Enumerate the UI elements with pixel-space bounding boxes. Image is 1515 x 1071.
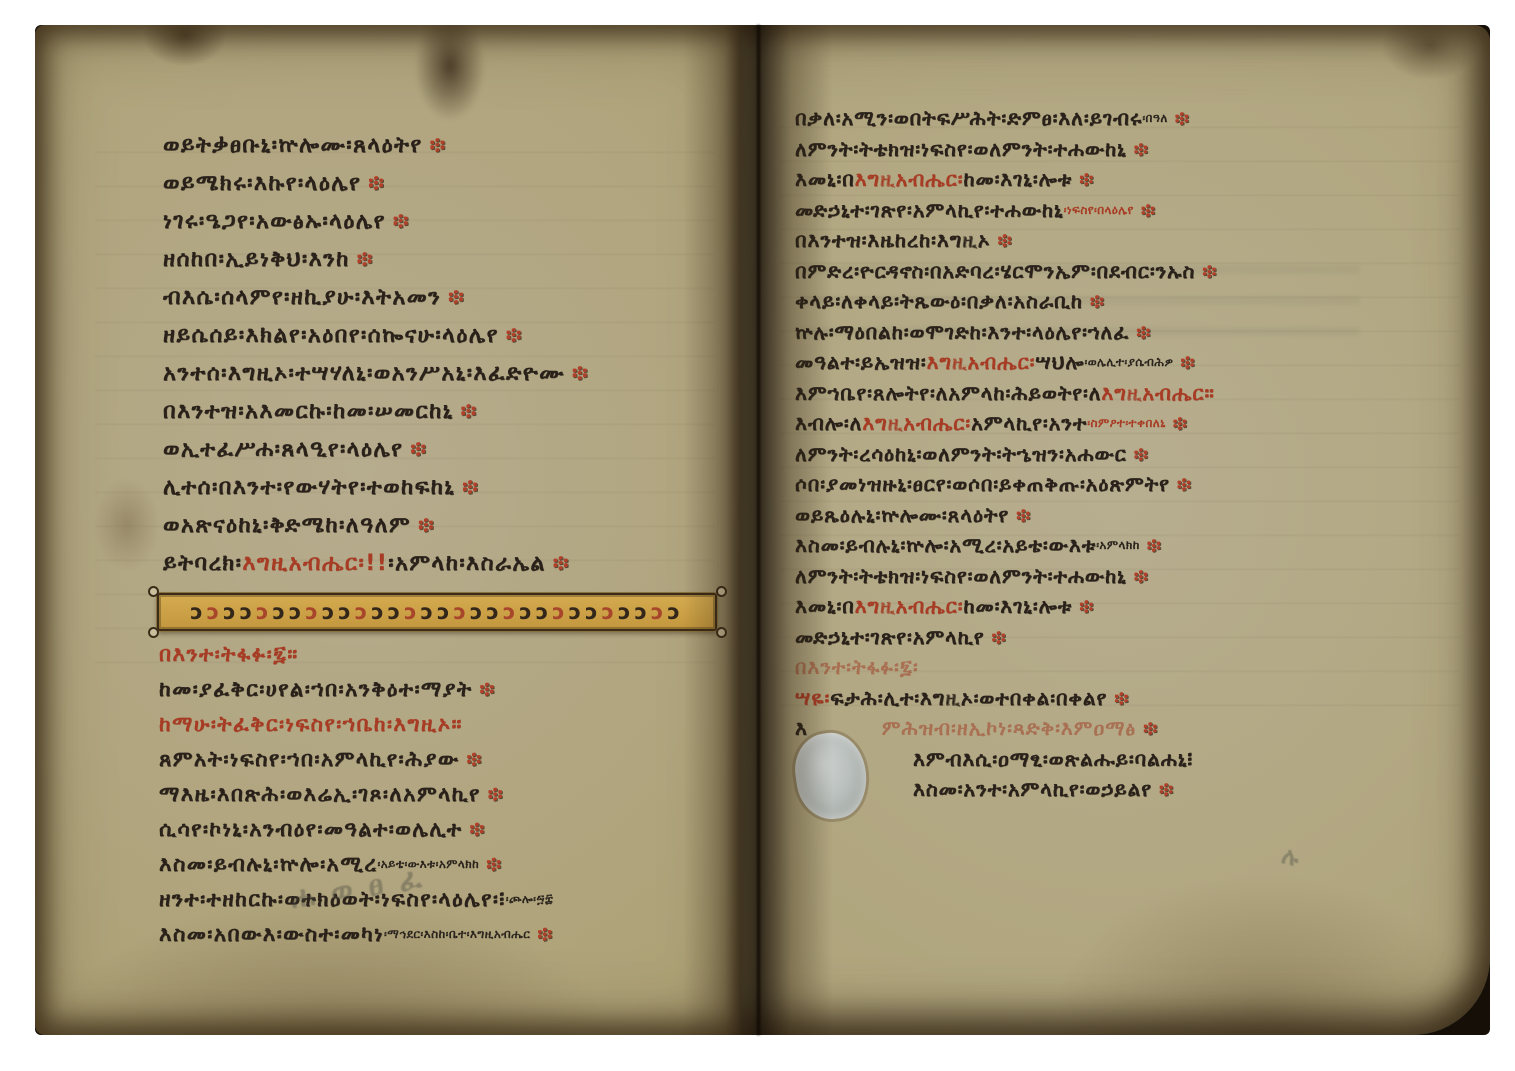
paragraph-mark-icon: ፨ xyxy=(1072,594,1094,618)
geez-text-segment: ሣዬ፡ xyxy=(795,686,830,710)
text-line: ጸምአት፡ነፍስየ፡ኀበ፡አምላኪየ፡ሕያው፨ xyxy=(159,742,740,777)
band-hook-glyph: ɔ xyxy=(240,600,256,624)
band-hook-glyph: ɔ xyxy=(421,600,437,624)
paragraph-mark-icon: ፨ xyxy=(1173,350,1195,374)
geez-text-segment: ይትባረክ፡ xyxy=(163,551,242,576)
band-hook-glyph: ɔ xyxy=(404,600,420,624)
band-hook-glyph: ɔ xyxy=(585,600,601,624)
band-hook-glyph: ɔ xyxy=(371,600,387,624)
geez-text-segment: እግዚአብሔር። xyxy=(1101,381,1214,405)
geez-text-segment: እ xyxy=(795,716,808,740)
text-line: በእንተዝ፡አእመርኩ፡ከመ፡ሠመርከኒ፨ xyxy=(163,393,740,431)
geez-text-segment: እምብእሲ፡ዐማፂ፡ወጽልሑይ፡ባልሐኒ፧ xyxy=(913,747,1193,771)
paragraph-mark-icon: ፨ xyxy=(1009,503,1031,527)
text-line: ሊተሰ፡በእንተ፡የውሃትየ፡ተወከፍከኒ፨ xyxy=(163,469,740,507)
book: ወይትቃፀቡኒ፡ኵሎሙ፡ጸላዕትየ፨ወይሜክሩ፡እኩየ፡ላዕሌየ፨ነገሩ፡ዔጋየ… xyxy=(35,25,1490,1035)
band-hook-glyph: ɔ xyxy=(338,600,354,624)
paragraph-mark-icon: ፨ xyxy=(1127,564,1149,588)
band-hook-glyph: ɔ xyxy=(486,600,502,624)
geez-text-segment: እመኒ፡በ xyxy=(795,594,855,618)
text-line: መድኃኒተ፡ገጽየ፡አምላኪየ፡ተሐውከኒ፡ነፍስየ፡በላዕሌየ፨ xyxy=(795,195,1455,226)
geez-text-segment: ወይጼዕሉኒ፡ኵሎሙ፡ጸላዕትየ xyxy=(795,503,1009,527)
text-line: ከመ፡ያፈቅር፡ሀየል፡ኀበ፡አንቅዕተ፡ማያት፨ xyxy=(159,672,740,707)
paragraph-mark-icon: ፨ xyxy=(1129,320,1151,344)
geez-text-segment: ማእዜ፡እበጽሕ፡ወእሬኢ፡ገጾ፡ለአምላኪየ xyxy=(159,782,481,806)
geez-text-segment: ለምንት፡ትቴክዝ፡ነፍስየ፡ወለምንት፡ተሐውከኒ xyxy=(795,137,1127,161)
geez-text-segment: ወኢተፈሥሐ፡ጸላዒየ፡ላዕሌየ xyxy=(163,437,403,462)
geez-text-segment: እግዚአብሔር፡!! xyxy=(242,551,388,576)
band-hook-glyph: ɔ xyxy=(256,600,272,624)
geez-text-segment: ጸምአት፡ነፍስየ፡ኀበ፡አምላኪየ፡ሕያው xyxy=(159,747,459,771)
right-page: በቃለ፡አሚን፡ወበትፍሥሕት፡ድምፀ፡እለ፡ይገብሩ፡በዓለ፨ለምንት፡ትቴክ… xyxy=(740,25,1490,1035)
paragraph-mark-icon: ፨ xyxy=(1083,289,1105,313)
band-hook-glyph: ɔ xyxy=(355,600,371,624)
geez-text-segment: እግዚአብሔር፡ xyxy=(927,350,1036,374)
band-hook-glyph: ɔ xyxy=(503,600,519,624)
text-line: ወይሜክሩ፡እኩየ፡ላዕሌየ፨ xyxy=(163,165,740,203)
paragraph-mark-icon: ፨ xyxy=(481,782,504,806)
paragraph-mark-icon: ፨ xyxy=(1152,777,1174,801)
paragraph-mark-icon: ፨ xyxy=(1072,167,1094,191)
paragraph-mark-icon: ፨ xyxy=(1107,686,1129,710)
scan-background: ወይትቃፀቡኒ፡ኵሎሙ፡ጸላዕትየ፨ወይሜክሩ፡እኩየ፡ላዕሌየ፨ነገሩ፡ዔጋየ… xyxy=(0,0,1515,1071)
geez-text-segment: መዓልተ፡ይኤዝዝ፡ xyxy=(795,350,927,374)
geez-text-segment: ወይትቃፀቡኒ፡ኵሎሙ፡ጸላዕትየ xyxy=(163,133,423,158)
text-line: ቀላይ፡ለቀላይ፡ትጼውዕ፡በቃለ፡አስራቢከ፨ xyxy=(795,286,1455,317)
geez-text-segment: በእንተ፡ትፋፉ፡፯። xyxy=(159,642,299,666)
geez-text-segment: ፡ማኅደር፡እስከ፡ቤተ፡እግዚአብሔር xyxy=(384,927,530,941)
geez-text-segment: መድኃኒተ፡ገጽየ፡አምላኪየ፡ተሐውከኒ xyxy=(795,198,1064,222)
text-line: በእንተዝ፡እዜከረከ፡እግዚኦ፨ xyxy=(795,225,1455,256)
band-hook-glyph: ɔ xyxy=(536,600,552,624)
paragraph-mark-icon: ፨ xyxy=(1166,411,1188,435)
text-line: በቃለ፡አሚን፡ወበትፍሥሕት፡ድምፀ፡እለ፡ይገብሩ፡በዓለ፨ xyxy=(795,103,1455,134)
text-line: ወኢተፈሥሐ፡ጸላዒየ፡ላዕሌየ፨ xyxy=(163,431,740,469)
paragraph-mark-icon: ፨ xyxy=(459,747,482,771)
text-line: ይትባረክ፡እግዚአብሔር፡!!፡አምላከ፡እስራኤል፨ xyxy=(163,545,740,583)
text-line: ማእዜ፡እበጽሕ፡ወእሬኢ፡ገጾ፡ለአምላኪየ፨ xyxy=(159,777,740,812)
geez-text-segment: ፡አምላከ፡እስራኤል xyxy=(388,551,546,576)
geez-text-segment: ወአጽናዕከኒ፡ቅድሜከ፡ለዓለም xyxy=(163,513,411,538)
paragraph-mark-icon: ፨ xyxy=(1136,716,1158,740)
text-line: እምሕዝብ፡ዘኢኮነ፡ጻድቅ፡እምዐማፅ፨ xyxy=(795,713,1455,744)
text-line: በእንተ፡ትፋፉ፡፯፡ xyxy=(795,652,1455,683)
band-hook-glyph: ɔ xyxy=(470,600,486,624)
left-page: ወይትቃፀቡኒ፡ኵሎሙ፡ጸላዕትየ፨ወይሜክሩ፡እኩየ፡ላዕሌየ፨ነገሩ፡ዔጋየ… xyxy=(35,25,740,1035)
geez-text-segment: በምድረ፡ዮርዳኖስ፡በአድባረ፡ሄርሞንኤም፡በደብር፡ንኡስ xyxy=(795,259,1195,283)
geez-text-segment: ፡በዓለ xyxy=(1142,111,1167,125)
pencil-mark-right: ሉ xyxy=(1279,841,1302,872)
band-hook-glyph: ɔ xyxy=(289,600,305,624)
text-line: እብሎ፡ለእግዚአብሔር፡አምላኪየ፡አንተ፡ስምዖተ፡ተቀበለኒ፨ xyxy=(795,408,1455,439)
text-line: ለምንት፡ትቴክዝ፡ነፍስየ፡ወለምንት፡ተሐውከኒ፨ xyxy=(795,561,1455,592)
geez-text-segment: እስመ፡ይብሉኒ፡ኵሎ፡አሚረ፡አይቴ፡ውእቱ xyxy=(795,533,1096,557)
text-line: እስመ፡ይብሉኒ፡ኵሎ፡አሚረ፡አይቴ፡ውእቱ፡አምላክከ፨ xyxy=(159,847,740,882)
text-line: ነገሩ፡ዔጋየ፡አውፅኡ፡ላዕሌየ፨ xyxy=(163,203,740,241)
paragraph-mark-icon: ፨ xyxy=(1195,259,1217,283)
paragraph-mark-icon: ፨ xyxy=(1170,472,1192,496)
geez-text-segment: እስመ፡አበውእ፡ውስተ፡መካነ xyxy=(159,922,384,946)
text-line: እምብእሲ፡ዐማፂ፡ወጽልሑይ፡ባልሐኒ፧ xyxy=(795,744,1455,775)
text-line: እስመ፡ይብሉኒ፡ኵሎ፡አሚረ፡አይቴ፡ውእቱ፡አምላክከ፨ xyxy=(795,530,1455,561)
geez-text-segment: ከመ፡እገኒ፡ሎቱ xyxy=(963,167,1072,191)
geez-text-segment: ፡ስምዖተ፡ተቀበለኒ xyxy=(1087,416,1165,430)
text-line: ሲሳየ፡ኮነኒ፡አንብዕየ፡መዓልተ፡ወሌሊተ፨ xyxy=(159,812,740,847)
right-lines: በቃለ፡አሚን፡ወበትፍሥሕት፡ድምፀ፡እለ፡ይገብሩ፡በዓለ፨ለምንት፡ትቴክ… xyxy=(795,103,1455,805)
geez-text-segment: በእንተ፡ትፋፉ፡፯፡ xyxy=(795,655,919,679)
geez-text-segment: ፡ወሌሊተ፡ያሴብሕዎ xyxy=(1084,355,1173,369)
text-line: እስመ፡አበውእ፡ውስተ፡መካነ፡ማኅደር፡እስከ፡ቤተ፡እግዚአብሔር፨ xyxy=(159,917,740,952)
paragraph-mark-icon: ፨ xyxy=(423,133,447,158)
band-hook-glyph: ɔ xyxy=(634,600,650,624)
geez-text-segment: በእንተዝ፡አእመርኩ፡ከመ፡ሠመርከኒ xyxy=(163,399,454,424)
left-lower-lines: በእንተ፡ትፋፉ፡፯።ከመ፡ያፈቅር፡ሀየል፡ኀበ፡አንቅዕተ፡ማያት፨ከማሁ፡… xyxy=(159,637,740,952)
text-line: እስመ፡አንተ፡አምላኪየ፡ወኃይልየ፨ xyxy=(795,774,1455,805)
geez-text-segment: ዘሰከበ፡ኢይነቅህ፡እንከ xyxy=(163,247,350,272)
text-line: እመኒ፡በእግዚአብሔር፡ከመ፡እገኒ፡ሎቱ፨ xyxy=(795,591,1455,622)
text-line: ሶበ፡ያመነዝዙኒ፡ፀርየ፡ወሶበ፡ይቀጠቅጡ፡አዕጽምትየ፨ xyxy=(795,469,1455,500)
geez-text-segment: ለምንት፡ትቴክዝ፡ነፍስየ፡ወለምንት፡ተሐውከኒ xyxy=(795,564,1127,588)
band-hook-glyph: ɔ xyxy=(305,600,321,624)
paragraph-mark-icon: ፨ xyxy=(386,209,410,234)
band-hook-glyph: ɔ xyxy=(651,600,667,624)
paragraph-mark-icon: ፨ xyxy=(411,513,435,538)
geez-text-segment: በቃለ፡አሚን፡ወበትፍሥሕት፡ድምፀ፡እለ፡ይገብሩ xyxy=(795,106,1142,130)
paragraph-mark-icon: ፨ xyxy=(479,852,502,876)
geez-text-segment: እግዚአብሔር፡ xyxy=(862,411,971,435)
band-hook-glyph: ɔ xyxy=(190,600,206,624)
text-line: ኵሉ፡ማዕበልከ፡ወሞገድከ፡እንተ፡ላዕሌየ፡ኀለፈ፨ xyxy=(795,317,1455,348)
paragraph-mark-icon: ፨ xyxy=(546,551,570,576)
geez-text-segment: እስመ፡ይብሉኒ፡ኵሎ፡አሚረ xyxy=(159,852,378,876)
text-line: ዘይሴሰይ፡እክልየ፡አዕበየ፡ሰኰናሁ፡ላዕሌየ፨ xyxy=(163,317,740,355)
paragraph-mark-icon: ፨ xyxy=(441,285,465,310)
band-hook-glyph: ɔ xyxy=(552,600,568,624)
geez-text-segment: ሊተሰ፡በእንተ፡የውሃትየ፡ተወከፍከኒ xyxy=(163,475,455,500)
paragraph-mark-icon: ፨ xyxy=(454,399,478,424)
text-line: እመኒ፡በእግዚአብሔር፡ከመ፡እገኒ፡ሎቱ፨ xyxy=(795,164,1455,195)
text-line: ዘንተ፡ተዘከርኩ፡ወተክዕወት፡ነፍስየ፡ላዕሌየ፡፧፡ጮሎ፡፵፰ xyxy=(159,882,740,917)
text-line: ለምንት፡ትቴክዝ፡ነፍስየ፡ወለምንት፡ተሐውከኒ፨ xyxy=(795,134,1455,165)
geez-text-segment: እመኒ፡በ xyxy=(795,167,855,191)
geez-text-segment: ፡አይቴ፡ውእቱ፡አምላክከ xyxy=(378,857,480,871)
band-hook-glyph: ɔ xyxy=(519,600,535,624)
text-line: መድኃኒተ፡ገጽየ፡አምላኪየ፨ xyxy=(795,622,1455,653)
ornamental-band: ɔɔɔɔɔɔɔɔɔɔɔɔɔɔɔɔɔɔɔɔɔɔɔɔɔɔɔɔɔɔ xyxy=(157,593,717,631)
geez-text-segment: ኵሉ፡ማዕበልከ፡ወሞገድከ፡እንተ፡ላዕሌየ፡ኀለፈ xyxy=(795,320,1129,344)
geez-text-segment: ለምንት፡ረሳዕከኒ፡ወለምንት፡ትኄዝን፡አሐውር xyxy=(795,442,1127,466)
text-line: ለምንት፡ረሳዕከኒ፡ወለምንት፡ትኄዝን፡አሐውር፨ xyxy=(795,439,1455,470)
text-line: ሣዬ፡ፍታሕ፡ሊተ፡እግዚኦ፡ወተበቀል፡በቀልየ፨ xyxy=(795,683,1455,714)
geez-text-segment: ነገሩ፡ዔጋየ፡አውፅኡ፡ላዕሌየ xyxy=(163,209,386,234)
paragraph-mark-icon: ፨ xyxy=(462,817,485,841)
paragraph-mark-icon: ፨ xyxy=(361,171,385,196)
text-line: ወአጽናዕከኒ፡ቅድሜከ፡ለዓለም፨ xyxy=(163,507,740,545)
band-hook-glyph: ɔ xyxy=(322,600,338,624)
text-line: ዘሰከበ፡ኢይነቅህ፡እንከ፨ xyxy=(163,241,740,279)
band-hook-glyph: ɔ xyxy=(569,600,585,624)
geez-text-segment: ፍታሕ፡ሊተ፡እግዚኦ፡ወተበቀል፡በቀልየ xyxy=(830,686,1107,710)
geez-text-segment: እስመ፡አንተ፡አምላኪየ፡ወኃይልየ xyxy=(913,777,1152,801)
paragraph-mark-icon: ፨ xyxy=(473,677,496,701)
geez-text-segment: አንተሰ፡እግዚኦ፡ተሣሃለኒ፡ወአንሥአኒ፡እፈድዮሙ xyxy=(163,361,565,386)
geez-text-segment: ከመ፡እገኒ፡ሎቱ xyxy=(963,594,1072,618)
text-line: እምኀቤየ፡ጸሎትየ፡ለአምላከ፡ሕይወትየ፡ለእግዚአብሔር። xyxy=(795,378,1455,409)
paragraph-mark-icon: ፨ xyxy=(499,323,523,348)
paragraph-mark-icon: ፨ xyxy=(1127,442,1149,466)
text-line: አንተሰ፡እግዚኦ፡ተሣሃለኒ፡ወአንሥአኒ፡እፈድዮሙ፨ xyxy=(163,355,740,393)
paragraph-mark-icon: ፨ xyxy=(991,228,1013,252)
text-line: መዓልተ፡ይኤዝዝ፡እግዚአብሔር፡ሣህሎ፡ወሌሊተ፡ያሴብሕዎ፨ xyxy=(795,347,1455,378)
geez-text-segment: ቀላይ፡ለቀላይ፡ትጼውዕ፡በቃለ፡አስራቢከ xyxy=(795,289,1083,313)
paragraph-mark-icon: ፨ xyxy=(455,475,479,500)
paragraph-mark-icon: ፨ xyxy=(1140,533,1162,557)
band-hook-glyph: ɔ xyxy=(618,600,634,624)
paragraph-mark-icon: ፨ xyxy=(565,361,589,386)
paragraph-mark-icon: ፨ xyxy=(403,437,427,462)
paragraph-mark-icon: ፨ xyxy=(1127,137,1149,161)
geez-text-segment: እብሎ፡ለ xyxy=(795,411,862,435)
text-line: ከማሁ፡ትፈቅር፡ነፍስየ፡ኀቤከ፡እግዚኦ። xyxy=(159,707,740,742)
paragraph-mark-icon: ፨ xyxy=(350,247,374,272)
band-finial-right xyxy=(715,586,727,638)
band-hook-glyph: ɔ xyxy=(437,600,453,624)
text-line: ወይጼዕሉኒ፡ኵሎሙ፡ጸላዕትየ፨ xyxy=(795,500,1455,531)
margin-stain xyxy=(415,25,485,121)
left-upper-lines: ወይትቃፀቡኒ፡ኵሎሙ፡ጸላዕትየ፨ወይሜክሩ፡እኩየ፡ላዕሌየ፨ነገሩ፡ዔጋየ… xyxy=(163,127,740,621)
band-finial-left xyxy=(147,586,159,638)
text-line: ወይትቃፀቡኒ፡ኵሎሙ፡ጸላዕትየ፨ xyxy=(163,127,740,165)
paragraph-mark-icon: ፨ xyxy=(985,625,1007,649)
text-line: በምድረ፡ዮርዳኖስ፡በአድባረ፡ሄርሞንኤም፡በደብር፡ንኡስ፨ xyxy=(795,256,1455,287)
geez-text-segment: ፡አምላክከ xyxy=(1096,538,1140,552)
geez-text-segment: አምላኪየ፡አንተ xyxy=(971,411,1087,435)
geez-text-segment: ሲሳየ፡ኮነኒ፡አንብዕየ፡መዓልተ፡ወሌሊተ xyxy=(159,817,462,841)
text-line: ብእሴ፡ሰላምየ፡ዘኪያሁ፡እትአመን፨ xyxy=(163,279,740,317)
geez-text-segment: እግዚአብሔር፡ xyxy=(855,594,964,618)
geez-text-segment: በእንተዝ፡እዜከረከ፡እግዚኦ xyxy=(795,228,991,252)
geez-text-segment: ሣህሎ xyxy=(1035,350,1084,374)
geez-text-segment: ፡ነፍስየ፡በላዕሌየ xyxy=(1064,203,1134,217)
geez-text-segment: ዘንተ፡ተዘከርኩ፡ወተክዕወት፡ነፍስየ፡ላዕሌየ፡፧ xyxy=(159,887,506,911)
band-hook-glyph: ɔ xyxy=(602,600,618,624)
geez-text-segment: ዘይሴሰይ፡እክልየ፡አዕበየ፡ሰኰናሁ፡ላዕሌየ xyxy=(163,323,499,348)
geez-text-segment: ምሕዝብ፡ዘኢኮነ፡ጻድቅ፡እምዐማፅ xyxy=(882,716,1136,740)
paragraph-mark-icon: ፨ xyxy=(530,922,553,946)
geez-text-segment: እምኀቤየ፡ጸሎትየ፡ለአምላከ፡ሕይወትየ፡ለ xyxy=(795,381,1101,405)
geez-text-segment: መድኃኒተ፡ገጽየ፡አምላኪየ xyxy=(795,625,985,649)
band-hook-glyph: ɔ xyxy=(223,600,239,624)
paragraph-mark-icon: ፨ xyxy=(1168,106,1190,130)
band-hook-glyph: ɔ xyxy=(667,600,683,624)
geez-text-segment: ብእሴ፡ሰላምየ፡ዘኪያሁ፡እትአመን xyxy=(163,285,441,310)
band-hook-glyph: ɔ xyxy=(272,600,288,624)
band-hook-glyph: ɔ xyxy=(453,600,469,624)
band-pattern: ɔɔɔɔɔɔɔɔɔɔɔɔɔɔɔɔɔɔɔɔɔɔɔɔɔɔɔɔɔɔ xyxy=(190,597,684,627)
geez-text-segment: ከማሁ፡ትፈቅር፡ነፍስየ፡ኀቤከ፡እግዚኦ። xyxy=(159,712,463,736)
geez-text-segment: ሶበ፡ያመነዝዙኒ፡ፀርየ፡ወሶበ፡ይቀጠቅጡ፡አዕጽምትየ xyxy=(795,472,1170,496)
geez-text-segment: እግዚአብሔር፡ xyxy=(855,167,964,191)
geez-text-segment: ከመ፡ያፈቅር፡ሀየል፡ኀበ፡አንቅዕተ፡ማያት xyxy=(159,677,473,701)
geez-text-segment: ፡ጮሎ፡፵፰ xyxy=(506,892,554,906)
band-hook-glyph: ɔ xyxy=(207,600,223,624)
paragraph-mark-icon: ፨ xyxy=(1134,198,1156,222)
text-line: በእንተ፡ትፋፉ፡፯። xyxy=(159,637,740,672)
band-hook-glyph: ɔ xyxy=(388,600,404,624)
geez-text-segment: ወይሜክሩ፡እኩየ፡ላዕሌየ xyxy=(163,171,361,196)
